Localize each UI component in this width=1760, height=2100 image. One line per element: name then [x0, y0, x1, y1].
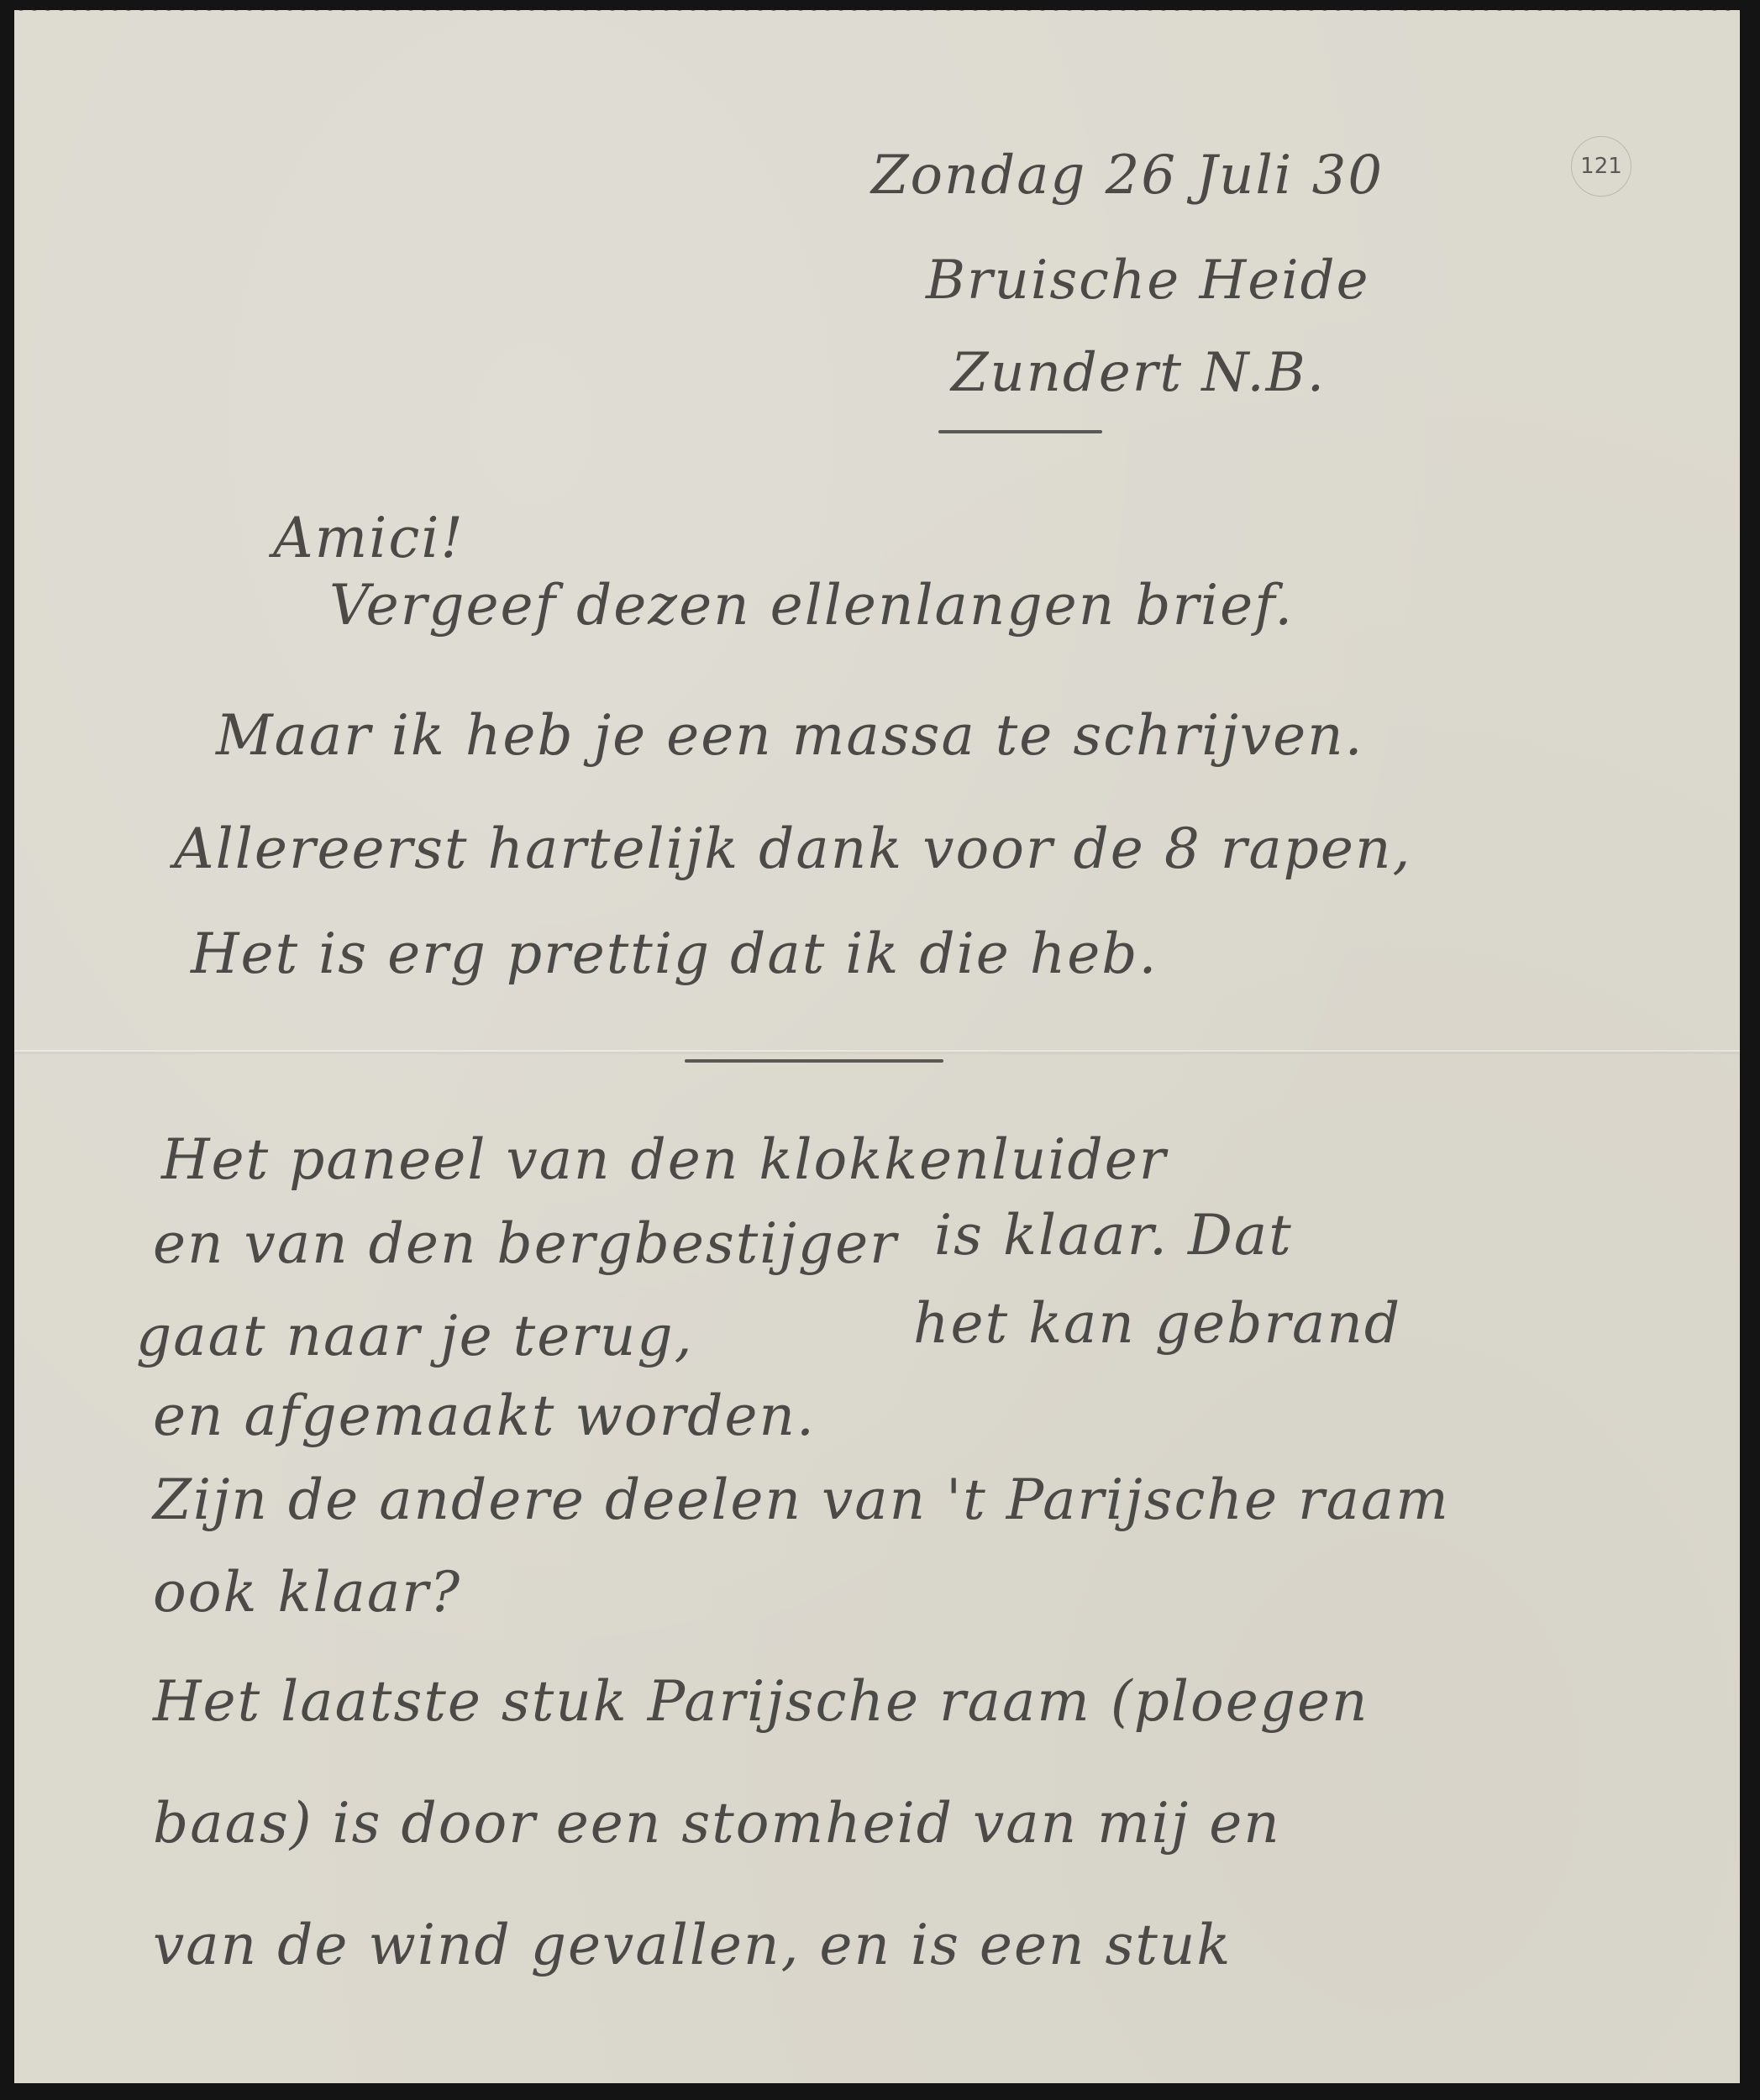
paragraph-2-line-9: Het laatste stuk Parijsche raam (ploegen: [153, 1669, 1369, 1734]
paragraph-2-line-4: gaat naar je terug,: [136, 1304, 694, 1368]
paragraph-1-line-2: Maar ik heb je een massa te schrijven.: [216, 703, 1364, 768]
letter-date: Zondag 26 Juli 30: [871, 144, 1384, 207]
section-separator: [685, 1059, 943, 1063]
paragraph-2-line-5: het kan gebrand: [913, 1291, 1401, 1356]
paragraph-2-line-11: van de wind gevallen, en is een stuk: [153, 1913, 1232, 1977]
paragraph-2-line-3: is klaar. Dat: [934, 1203, 1293, 1268]
header-underline: [938, 430, 1102, 433]
letter-place-line-2: Zundert N.B.: [951, 342, 1326, 404]
paragraph-2-line-10: baas) is door een stomheid van mij en: [153, 1791, 1281, 1856]
salutation: Amici!: [273, 506, 465, 570]
paragraph-1-line-3: Allereerst hartelijk dank voor de 8 rape…: [174, 816, 1411, 881]
paragraph-2-line-2: en van den bergbestijger: [153, 1211, 898, 1276]
paragraph-2-line-7: Zijn de andere deelen van 't Parijsche r…: [153, 1467, 1450, 1532]
paragraph-1-line-1: Vergeef dezen ellenlangen brief.: [329, 573, 1294, 638]
paragraph-2-line-1: Het paneel van den klokkenluider: [161, 1127, 1167, 1192]
paragraph-2-line-6: en afgemaakt worden.: [153, 1383, 816, 1448]
letter-place-line-1: Bruische Heide: [926, 249, 1369, 312]
paragraph-2-line-8: ook klaar?: [153, 1560, 461, 1625]
page-number-badge: 121: [1571, 136, 1631, 197]
page-number: 121: [1580, 154, 1622, 179]
paragraph-1-line-4: Het is erg prettig dat ik die heb.: [191, 921, 1158, 986]
perforated-top-edge: [14, 5, 1740, 15]
paper-fold-line: [14, 1050, 1740, 1052]
letter-page: 121 Zondag 26 Juli 30 Bruische Heide Zun…: [14, 10, 1740, 2083]
